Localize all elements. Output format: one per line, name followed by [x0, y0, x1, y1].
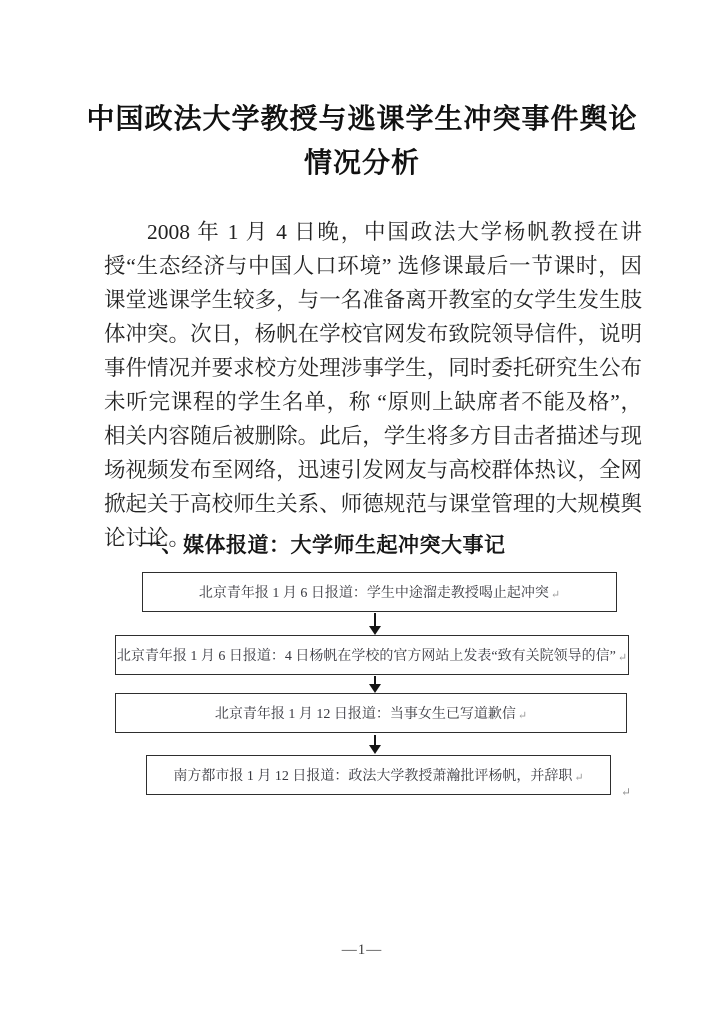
document-title: 中国政法大学教授与逃课学生冲突事件舆论 情况分析 [50, 98, 674, 186]
arrow-shaft [374, 613, 377, 626]
down-arrow-icon [369, 676, 381, 693]
paragraph-return-icon: ↵ [621, 785, 631, 800]
down-arrow-icon [369, 613, 381, 635]
flowchart-box-1: 北京青年报 1 月 6 日报道：学生中途溜走教授喝止起冲突 ↵ [142, 572, 617, 612]
flowchart-box-3-text: 北京青年报 1 月 12 日报道：当事女生已写道歉信 [215, 703, 516, 723]
flowchart-box-2: 北京青年报 1 月 6 日报道：4 日杨帆在学校的官方网站上发表“致有关院领导的… [115, 635, 629, 675]
page-number: —1— [0, 942, 724, 959]
intro-paragraph: 2008 年 1 月 4 日晚，中国政法大学杨帆教授在讲授“生态经济与中国人口环… [104, 215, 642, 555]
arrow-shaft [374, 676, 377, 684]
arrow-shaft [374, 735, 377, 745]
document-title-line2: 情况分析 [50, 142, 674, 186]
flowchart-box-4-text: 南方都市报 1 月 12 日报道：政法大学教授萧瀚批评杨帆，并辞职 [173, 765, 572, 785]
document-page: 中国政法大学教授与逃课学生冲突事件舆论 情况分析 2008 年 1 月 4 日晚… [0, 0, 724, 1024]
document-title-line1: 中国政法大学教授与逃课学生冲突事件舆论 [50, 98, 674, 142]
arrow-head [369, 684, 381, 693]
arrow-head [369, 626, 381, 635]
paragraph-return-icon: ↵ [551, 588, 560, 601]
down-arrow-icon [369, 735, 381, 754]
flowchart-box-3: 北京青年报 1 月 12 日报道：当事女生已写道歉信 ↵ [115, 693, 627, 733]
paragraph-return-icon: ↵ [618, 651, 627, 664]
paragraph-return-icon: ↵ [518, 709, 527, 722]
flowchart-box-1-text: 北京青年报 1 月 6 日报道：学生中途溜走教授喝止起冲突 [199, 582, 549, 602]
section-heading-media-reports: 一、媒体报道：大学师生起冲突大事记 [140, 529, 506, 559]
paragraph-return-icon: ↵ [574, 771, 583, 784]
arrow-head [369, 745, 381, 754]
flowchart-box-2-text: 北京青年报 1 月 6 日报道：4 日杨帆在学校的官方网站上发表“致有关院领导的… [117, 645, 616, 665]
flowchart-box-4: 南方都市报 1 月 12 日报道：政法大学教授萧瀚批评杨帆，并辞职 ↵ [146, 755, 611, 795]
